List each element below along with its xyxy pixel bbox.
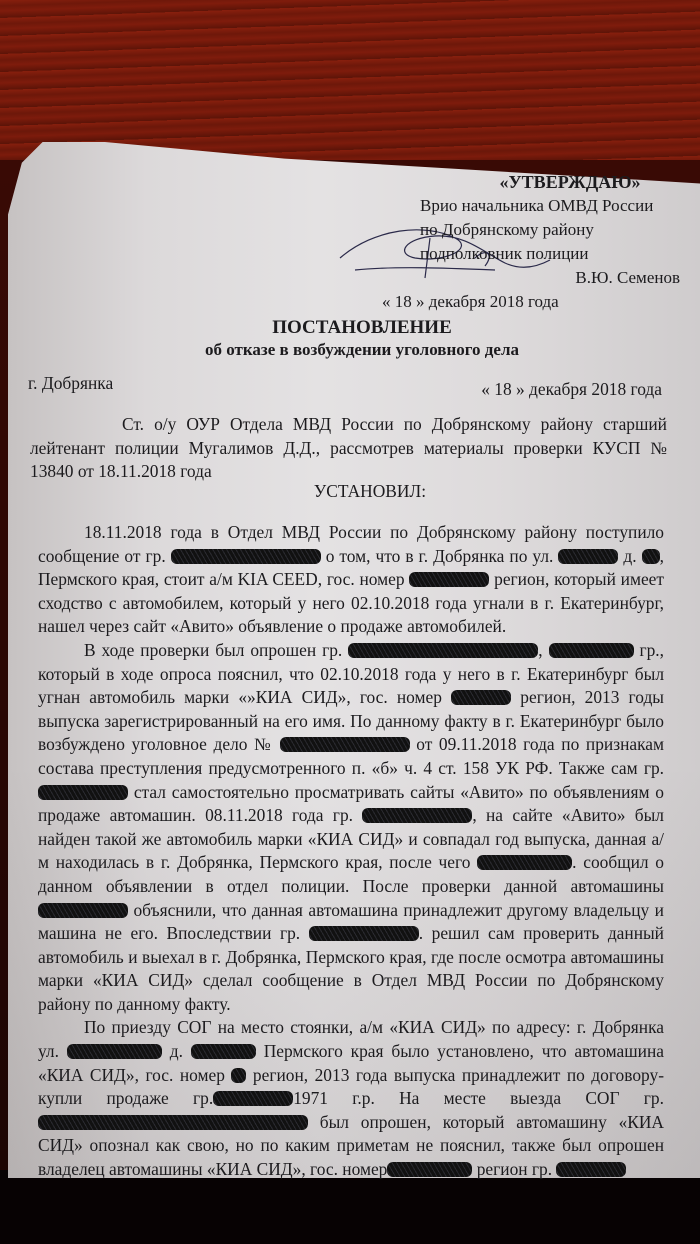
approval-position: Врио начальника ОМВД России [420,194,690,218]
body-paragraph: По приезду СОГ на место стоянки, а/м «КИ… [38,1016,664,1181]
body-paragraph: В ходе проверки был опрошен гр. , гр., к… [38,639,664,1017]
redaction-mark [38,903,128,918]
redaction-mark [38,785,128,800]
approval-block: «УТВЕРЖДАЮ» Врио начальника ОМВД России … [420,170,690,314]
redaction-mark [171,549,321,564]
redaction-mark [642,549,660,564]
document-date: « 18 » декабря 2018 года [481,378,662,402]
redaction-mark [38,1115,308,1130]
redaction-mark [348,643,538,658]
approval-rank: подполковник полиции [420,242,690,266]
redaction-mark [67,1044,162,1059]
approval-signatory: В.Ю. Семенов [420,266,690,290]
redaction-mark [231,1068,246,1083]
document-subtitle: об отказе в возбуждении уголовного дела [0,338,700,362]
document-city: г. Добрянка [28,372,113,396]
approval-heading: «УТВЕРЖДАЮ» [420,170,690,194]
body-paragraph: 18.11.2018 года в Отдел МВД России по До… [38,521,664,639]
approval-date: « 18 » декабря 2018 года [382,290,690,314]
redaction-mark [477,855,572,870]
redaction-mark [409,572,489,587]
section-heading: УСТАНОВИЛ: [0,480,700,504]
redaction-mark [387,1162,472,1177]
redaction-mark [280,737,410,752]
redaction-mark [309,926,419,941]
document-body: 18.11.2018 года в Отдел МВД России по До… [38,521,664,1182]
redaction-mark [213,1091,293,1106]
wooden-table-background [0,0,700,160]
redaction-mark [362,808,472,823]
redaction-mark [451,690,511,705]
document-intro: Ст. о/у ОУР Отдела МВД России по Добрянс… [30,413,667,484]
redaction-mark [191,1044,256,1059]
redaction-mark [549,643,634,658]
redaction-mark [558,549,618,564]
redaction-mark [556,1162,626,1177]
document-title: ПОСТАНОВЛЕНИЕ [0,316,700,340]
approval-department: по Добрянскому району [420,218,690,242]
